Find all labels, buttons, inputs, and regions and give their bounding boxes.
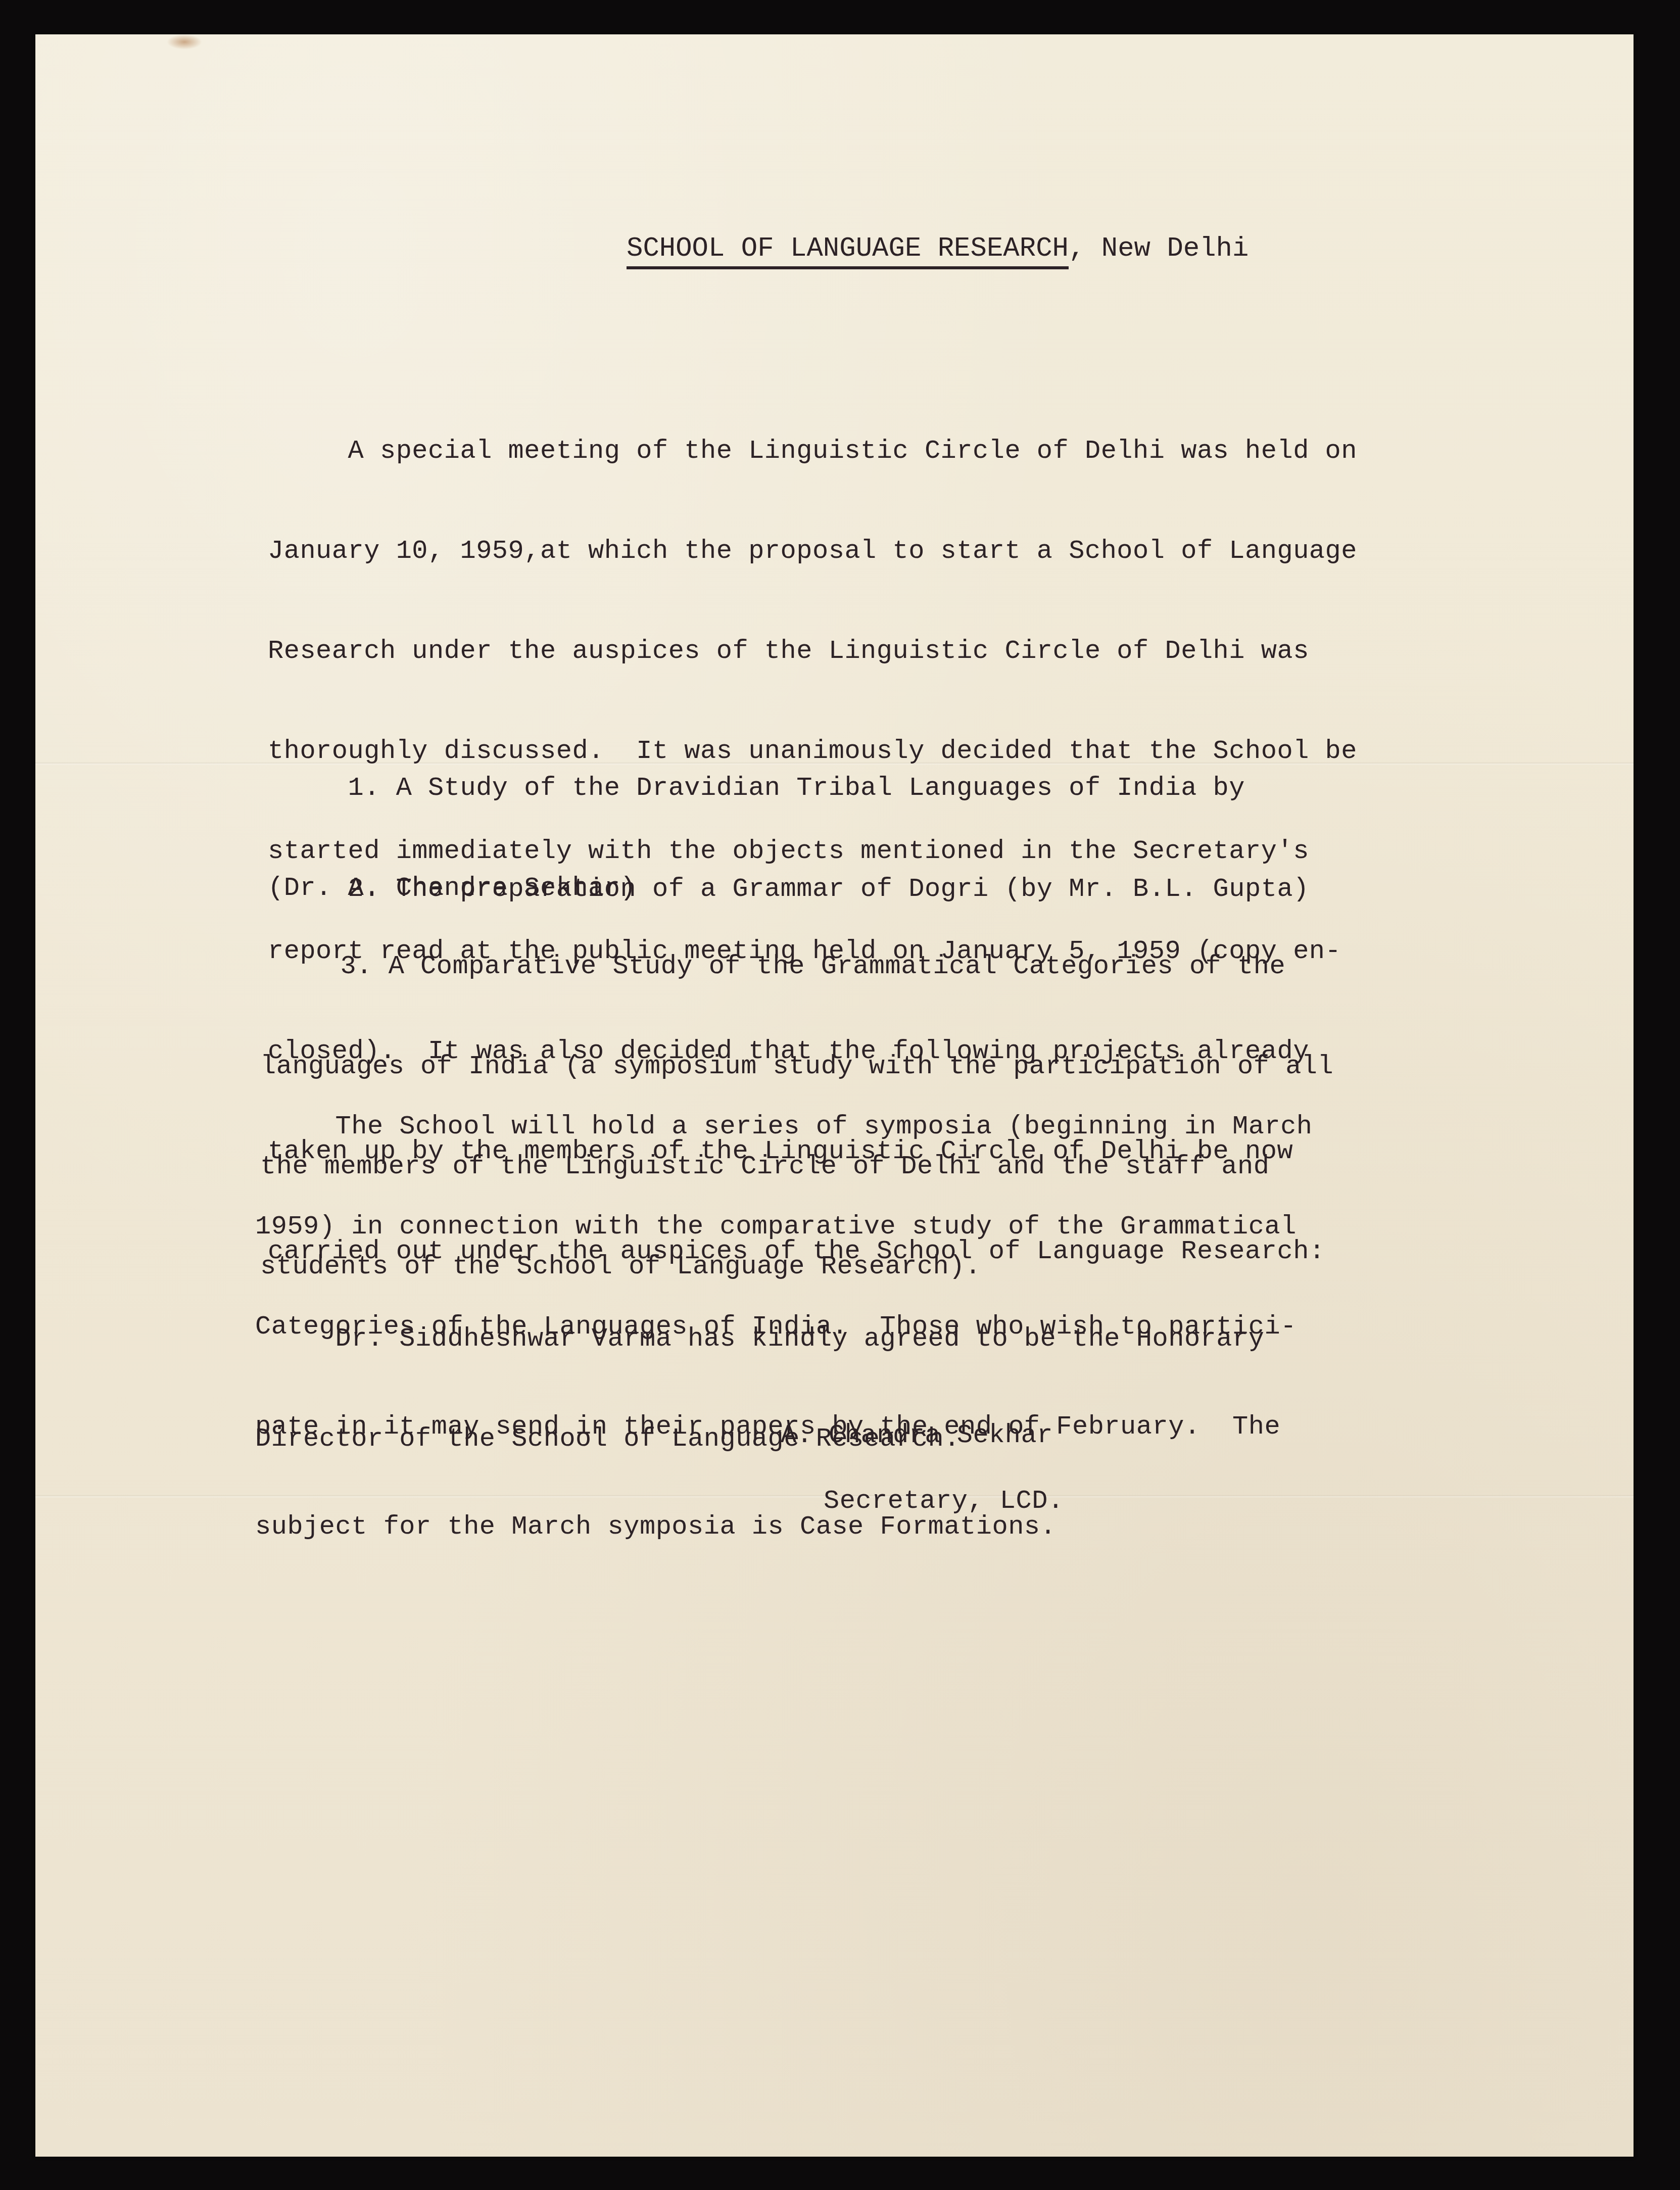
text-line: The School will hold a series of symposi… — [255, 1110, 1313, 1144]
text-line: 1959) in connection with the comparative… — [255, 1210, 1313, 1244]
text-line: Director of the School of Language Resea… — [255, 1422, 1264, 1456]
heading-location: , New Delhi — [1069, 233, 1249, 264]
text-line: January 10, 1959,at which the proposal t… — [268, 535, 1357, 568]
text-line: subject for the March symposia is Case F… — [255, 1510, 1313, 1544]
text-line: A special meeting of the Linguistic Circ… — [268, 435, 1357, 468]
document-heading: SCHOOL OF LANGUAGE RESEARCH, New Delhi — [627, 233, 1249, 264]
signature-name: A. Chandra Sekhar — [781, 1419, 1053, 1452]
text-line: 3. A Comparative Study of the Grammatica… — [260, 950, 1333, 983]
text-line: 1. A Study of the Dravidian Tribal Langu… — [268, 772, 1245, 805]
text-line: Research under the auspices of the Lingu… — [268, 635, 1357, 668]
paragraph-director: Dr. Siddheshwar Varma has kindly agreed … — [255, 1256, 1264, 1489]
text-line: Dr. Siddheshwar Varma has kindly agreed … — [255, 1322, 1264, 1356]
signature-title: Secretary, LCD. — [824, 1485, 1064, 1518]
heading-institution: SCHOOL OF LANGUAGE RESEARCH — [627, 233, 1069, 269]
rust-stain — [167, 34, 202, 50]
